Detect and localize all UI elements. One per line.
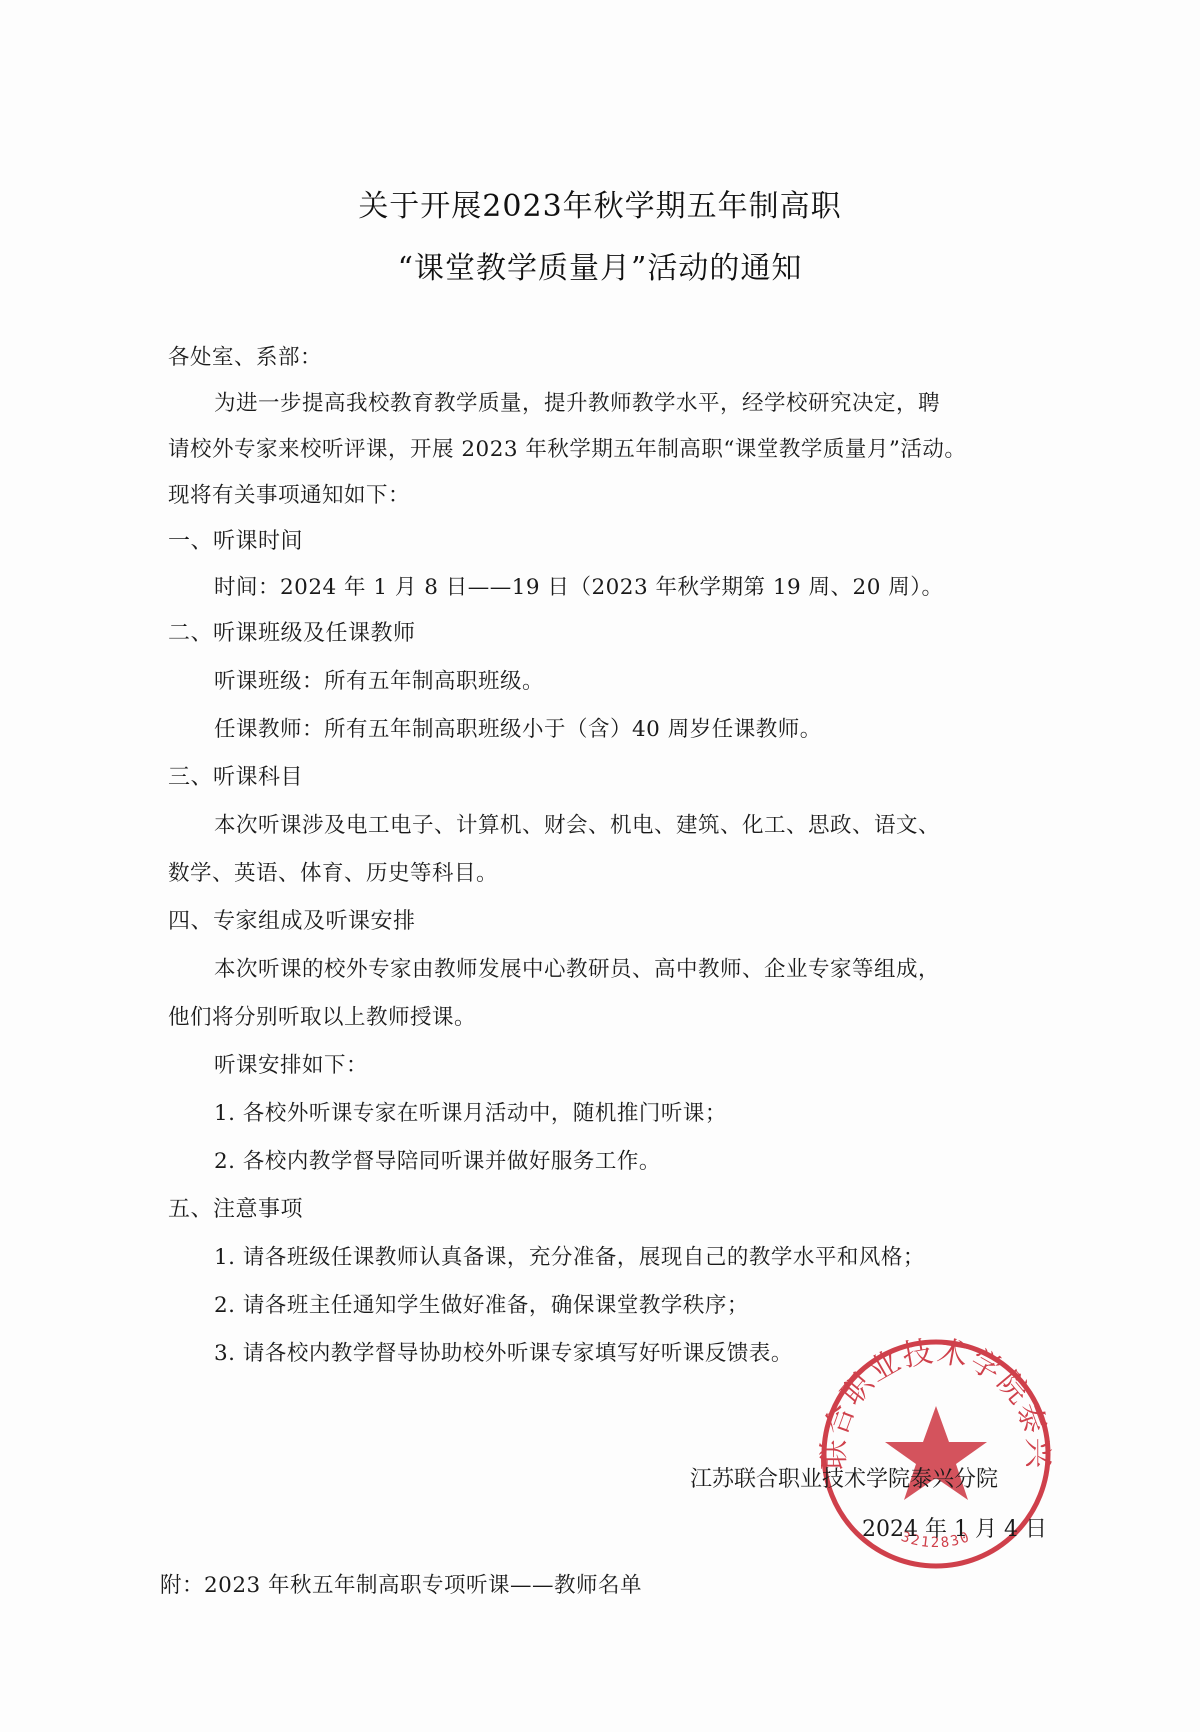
section-time-line-1: 时间：2024 年 1 月 8 日——19 日（2023 年秋学期第 19 周、… (214, 570, 943, 601)
section-experts-line-5: 2. 各校内教学督导陪同听课并做好服务工作。 (214, 1144, 661, 1175)
section-classes-line-2: 任课教师：所有五年制高职班级小于（含）40 周岁任课教师。 (214, 712, 822, 743)
section-notes-line-3: 3. 请各校内教学督导协助校外听课专家填写好听课反馈表。 (214, 1336, 793, 1367)
signature-organization: 江苏联合职业技术学院泰兴分院 (690, 1462, 998, 1493)
signature-date: 2024 年 1 月 4 日 (862, 1512, 1047, 1543)
section-heading-classes: 二、听课班级及任课教师 (168, 616, 416, 647)
intro-line-2: 请校外专家来校听评课，开展 2023 年秋学期五年制高职“课堂教学质量月”活动。 (168, 432, 966, 463)
section-heading-subjects: 三、听课科目 (168, 760, 303, 791)
section-experts-line-3: 听课安排如下： (214, 1048, 368, 1079)
section-heading-time: 一、听课时间 (168, 524, 303, 555)
document-page: 关于开展2023年秋学期五年制高职 “课堂教学质量月”活动的通知 各处室、系部：… (0, 0, 1200, 1732)
document-title-line-1: 关于开展2023年秋学期五年制高职 (0, 181, 1200, 225)
svg-text:江苏联合职业技术学院泰兴分院: 江苏联合职业技术学院泰兴分院 (818, 1336, 1054, 1470)
section-subjects-line-2: 数学、英语、体育、历史等科目。 (168, 856, 498, 887)
section-notes-line-2: 2. 请各班主任通知学生做好准备，确保课堂教学秩序； (214, 1288, 749, 1319)
section-subjects-line-1: 本次听课涉及电工电子、计算机、财会、机电、建筑、化工、思政、语文、 (214, 808, 940, 839)
section-experts-line-1: 本次听课的校外专家由教师发展中心教研员、高中教师、企业专家等组成， (214, 952, 940, 983)
document-title-line-2: “课堂教学质量月”活动的通知 (0, 243, 1200, 287)
salutation: 各处室、系部： (168, 340, 322, 371)
section-heading-notes: 五、注意事项 (168, 1192, 303, 1223)
section-experts-line-2: 他们将分别听取以上教师授课。 (168, 1000, 476, 1031)
section-heading-experts: 四、专家组成及听课安排 (168, 904, 416, 935)
intro-line-3: 现将有关事项通知如下： (168, 478, 410, 509)
section-experts-line-4: 1. 各校外听课专家在听课月活动中，随机推门听课； (214, 1096, 727, 1127)
attachment-note: 附：2023 年秋五年制高职专项听课——教师名单 (160, 1568, 642, 1599)
intro-line-1: 为进一步提高我校教育教学质量，提升教师教学水平，经学校研究决定，聘 (214, 386, 940, 417)
section-notes-line-1: 1. 请各班级任课教师认真备课，充分准备，展现自己的教学水平和风格； (214, 1240, 925, 1271)
section-classes-line-1: 听课班级：所有五年制高职班级。 (214, 664, 544, 695)
